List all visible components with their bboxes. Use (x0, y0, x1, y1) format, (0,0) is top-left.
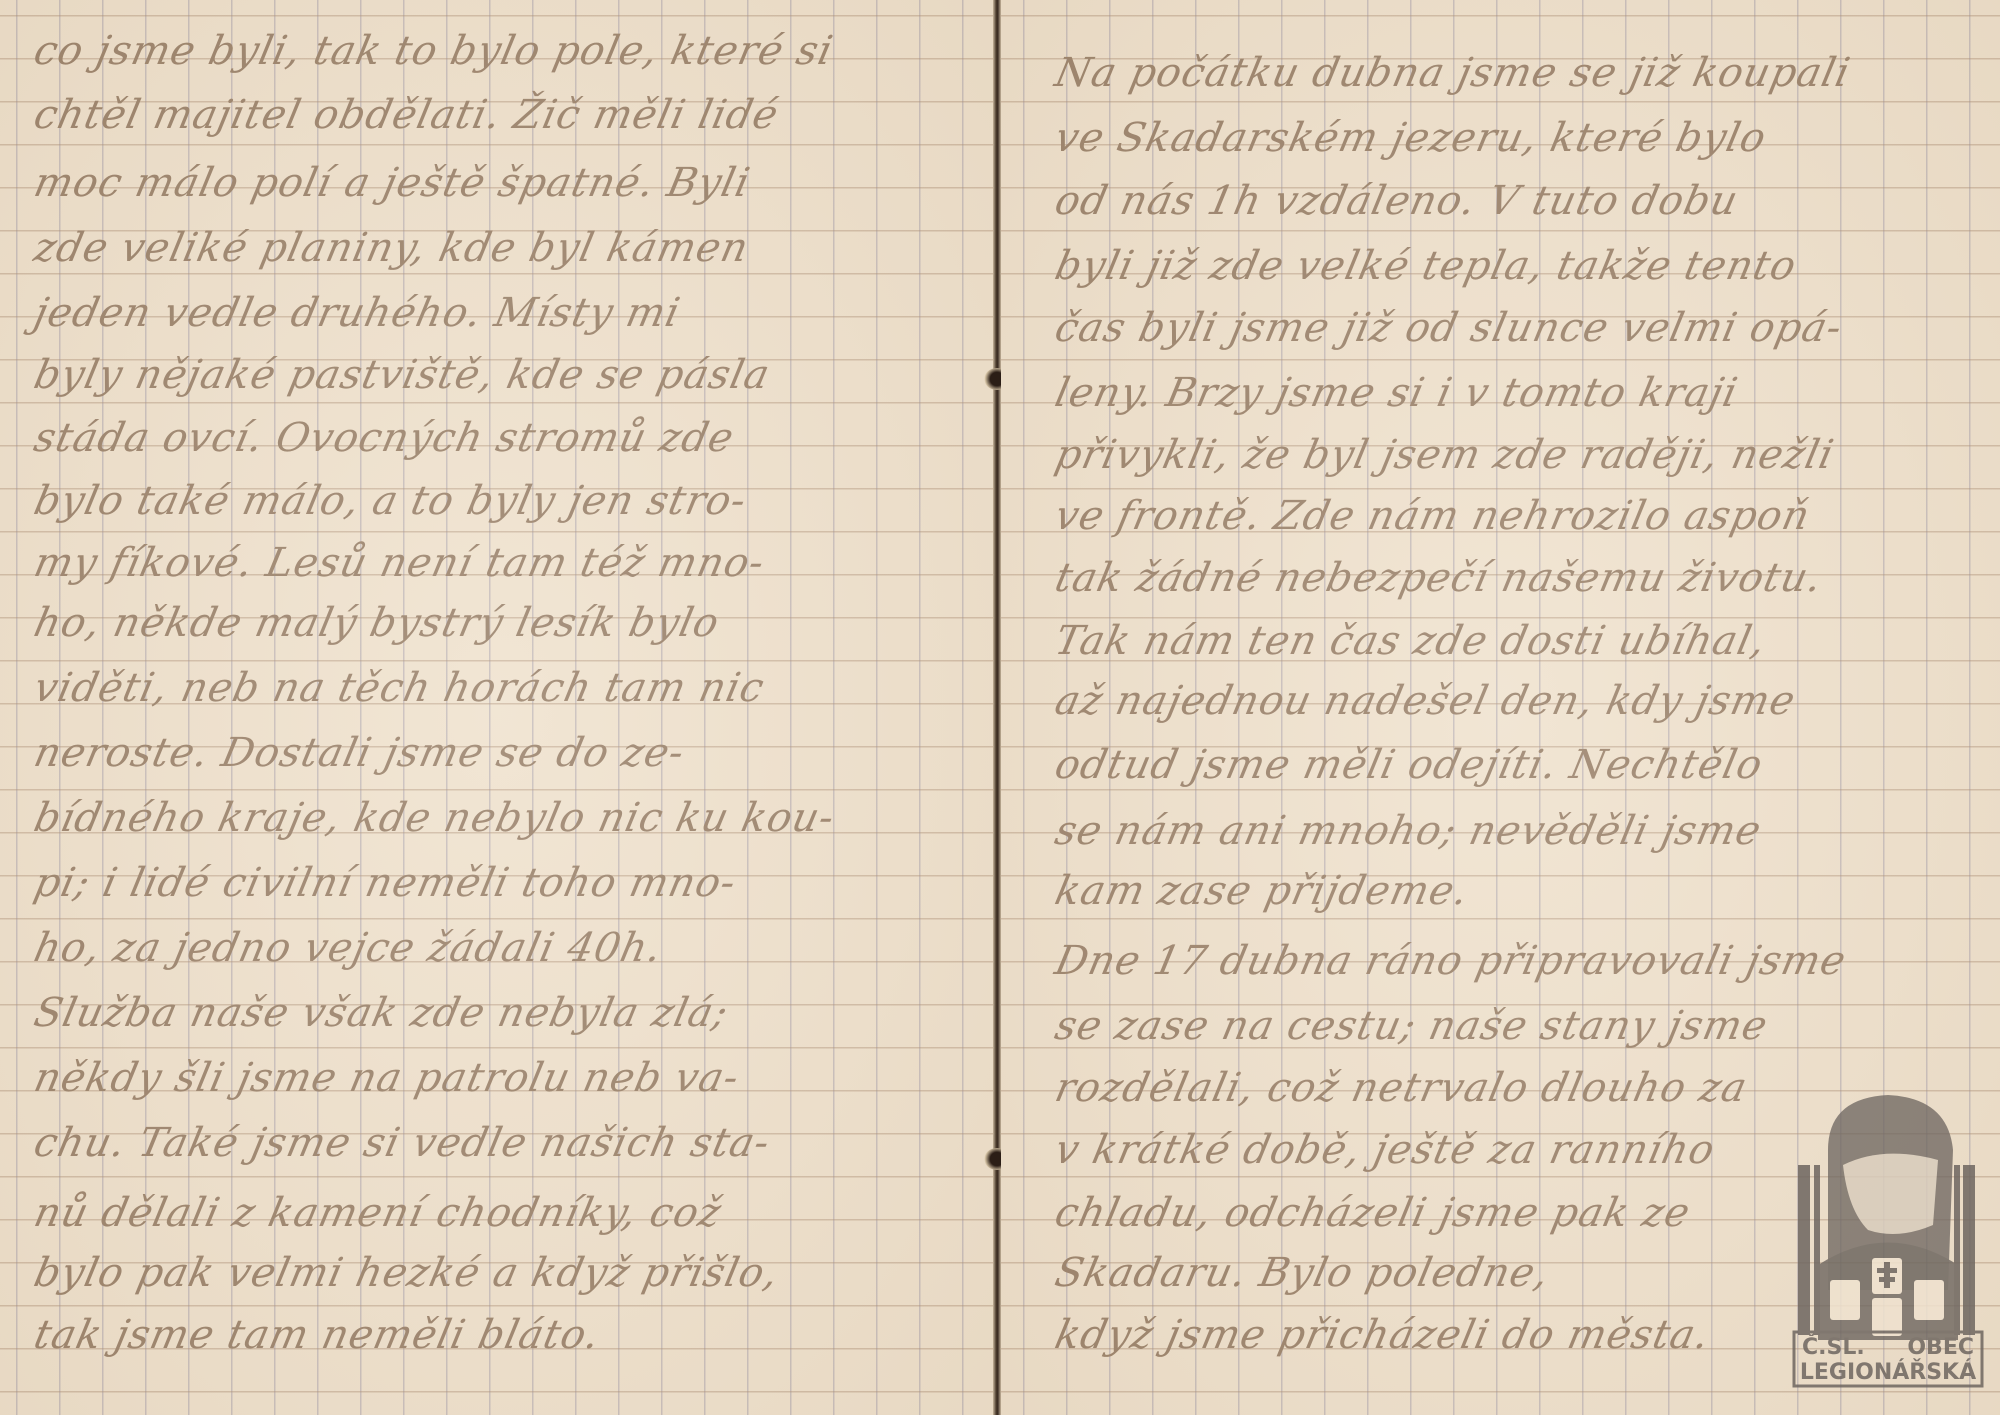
text-line: chu. Také jsme si vedle našich sta- (30, 1120, 774, 1166)
text-line: moc málo polí a ještě špatné. Byli (30, 160, 754, 206)
text-line: bylo pak velmi hezké a když přišlo, (30, 1250, 783, 1296)
text-line: neroste. Dostali jsme se do ze- (30, 730, 689, 776)
text-line: ho, za jedno vejce žádali 40h. (30, 925, 666, 971)
text-line: až najednou nadešel den, kdy jsme (1051, 678, 1800, 724)
text-line: bídného kraje, kde nebylo nic ku kou- (30, 795, 839, 841)
text-line: Skadaru. Bylo poledne, (1051, 1250, 1554, 1296)
text-line: byly nějaké pastviště, kde se pásla (30, 352, 774, 398)
text-line: stáda ovcí. Ovocných stromů zde (30, 415, 738, 461)
text-line: Na počátku dubna jsme se již koupali (1051, 50, 1855, 96)
text-line: zde veliké planiny, kde byl kámen (30, 225, 753, 271)
text-line: tak jsme tam neměli bláto. (30, 1312, 604, 1358)
text-line: chtěl majitel obdělati. Žič měli lidé (30, 92, 783, 138)
watermark-text-row-1: Č.SL. OBEC (1796, 1335, 1980, 1360)
text-line: někdy šli jsme na patrolu neb va- (30, 1055, 743, 1101)
watermark-obec: OBEC (1907, 1335, 1974, 1360)
text-line: chladu, odcházeli jsme pak ze (1051, 1190, 1695, 1236)
watermark-csl: Č.SL. (1802, 1335, 1865, 1360)
text-line: čas byli jsme již od slunce velmi opá- (1051, 305, 1847, 351)
notebook-spread: co jsme byli, tak to bylo pole, které si… (0, 0, 2000, 1415)
text-line: přivykli, že byl jsem zde raději, nežli (1051, 432, 1838, 478)
text-line: ve frontě. Zde nám nehrozilo aspoň (1051, 493, 1814, 539)
text-line: Tak nám ten čas zde dosti ubíhal, (1051, 618, 1770, 664)
text-line: pi; i lidé civilní neměli toho mno- (30, 860, 740, 906)
text-line: jeden vedle druhého. Místy mi (30, 290, 685, 336)
watermark-legionarska: LEGIONÁŘSKÁ (1796, 1360, 1980, 1385)
text-line: ho, někde malý bystrý lesík bylo (30, 600, 724, 646)
text-line: se nám ani mnoho; nevěděli jsme (1051, 808, 1766, 854)
text-line: odtud jsme měli odejíti. Nechtělo (1051, 742, 1767, 788)
text-line: bylo také málo, a to byly jen stro- (30, 478, 751, 524)
notebook-spine (993, 0, 1001, 1415)
left-page-text: co jsme byli, tak to bylo pole, které si… (0, 0, 993, 1415)
text-line: nů dělali z kamení chodníky, což (30, 1190, 726, 1236)
text-line: Dne 17 dubna ráno připravovali jsme (1051, 938, 1850, 984)
legion-watermark: Č.SL. OBEC LEGIONÁŘSKÁ (1788, 1090, 1988, 1390)
text-line: my fíkové. Lesů není tam též mno- (30, 540, 769, 586)
text-line: Služba naše však zde nebyla zlá; (30, 990, 733, 1036)
text-line: když jsme přicházeli do města. (1051, 1312, 1714, 1358)
text-line: byli již zde velké tepla, takže tento (1051, 243, 1801, 289)
text-line: tak žádné nebezpečí našemu životu. (1051, 555, 1827, 601)
text-line: ve Skadarském jezeru, které bylo (1051, 115, 1771, 161)
text-line: se zase na cestu; naše stany jsme (1051, 1003, 1772, 1049)
text-line: kam zase přijdeme. (1051, 868, 1473, 914)
text-line: od nás 1h vzdáleno. V tuto dobu (1051, 178, 1742, 224)
left-page: co jsme byli, tak to bylo pole, které si… (0, 0, 993, 1415)
text-line: leny. Brzy jsme si i v tomto kraji (1051, 370, 1742, 416)
text-line: viděti, neb na těch horách tam nic (30, 665, 769, 711)
text-line: v krátké době, ještě za ranního (1051, 1127, 1719, 1173)
text-line: co jsme byli, tak to bylo pole, které si (30, 28, 837, 74)
text-line: rozdělali, což netrvalo dlouho za (1051, 1065, 1752, 1111)
